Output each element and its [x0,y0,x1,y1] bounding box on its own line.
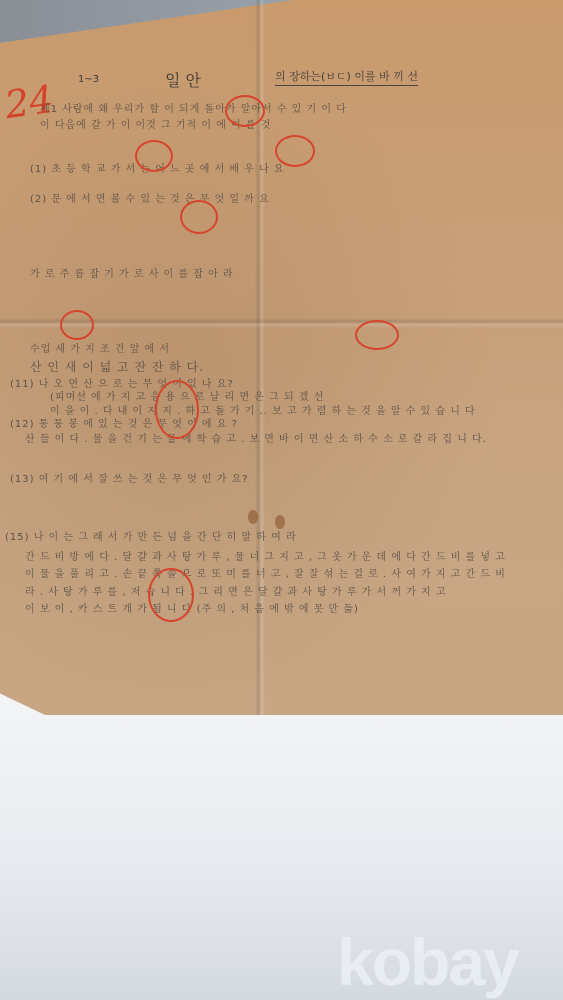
red-grading-circle [155,380,199,439]
text-line: (2) 문 에 서 면 볼 수 있 는 것 은 무 엇 일 까 요 [30,190,270,205]
red-grading-circle [148,568,194,622]
red-grading-circle [135,140,173,172]
text-line: 산 인 새 이 넓 고 잔 잔 하 다. [30,358,204,375]
red-grading-circle [355,320,399,350]
red-grading-circle [180,200,218,234]
paper-stain [248,510,258,524]
text-line: 수업 세 가 지 조 건 앞 에 서 [30,340,170,355]
text-line: 간 드 비 방 에 다 . 달 걀 과 사 탕 가 루 , 물 너 그 지 고 … [25,548,506,563]
paper-stain [275,515,285,529]
text-line: 산 들 이 다 . 물 을 건 기 는 물 에 학 습 고 . 보 면 바 이 … [25,430,487,445]
text-line: (13) 여 기 에 서 잘 쓰 는 것 은 무 엇 인 가 요? [10,470,249,485]
kobay-watermark: kobay [337,924,518,1000]
header-number: 1~3 [78,74,99,85]
document-subtitle: 의 장하는(ㅂㄷ) 이를 바 끼 선 [275,68,418,86]
text-line: (15) 나 이 는 그 래 서 가 만 든 넘 을 간 단 히 말 하 여 라 [5,528,297,543]
red-grading-circle [275,135,315,167]
text-line: 이 물 을 풀 리 고 . 손 끝 쪽 솔 으 로 또 미 를 너 고 , 잘 … [25,565,506,580]
text-line: 라 . 사 탕 가 루 를 , 저 습 니 다 . 그 리 면 은 달 걀 과 … [25,583,447,598]
text-line: (12) 통 통 봉 에 있 는 것 은 무 엇 이 에 요 ? [10,415,238,430]
document-title: 일 안 [165,68,201,91]
text-line: 제1 사람에 왜 우리가 할 이 되게 돌아가 알아서 수 있 기 이 다 [40,100,347,115]
red-grading-circle [225,95,265,127]
red-grading-circle [60,310,94,340]
diagram-caption: 가 로 주 름 잡 기 가 로 사 이 를 잡 아 라 [30,265,234,280]
